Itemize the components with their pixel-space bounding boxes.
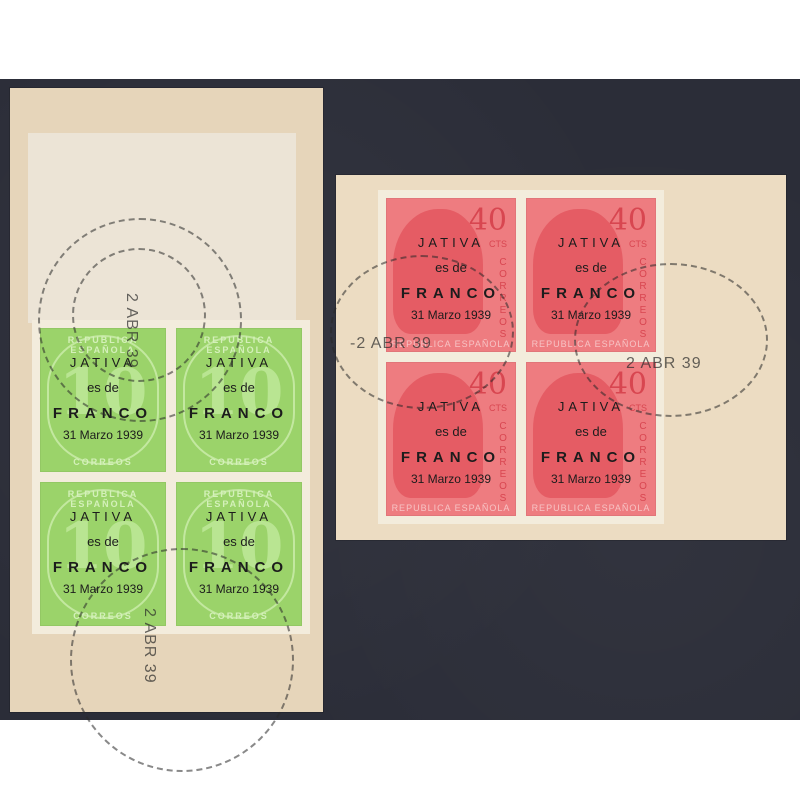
overprint-date: 31 Marzo 1939 [551,308,631,322]
stamp-value: 40 [469,203,507,238]
stamp-frame-top-text: REPUBLICA ESPAÑOLA [41,335,165,355]
overprint-name: FRANCO [189,559,289,576]
overprint-name: FRANCO [401,449,501,466]
stamp-frame-bottom-text: CORREOS [177,611,301,621]
overprint-es-de: es de [223,534,255,549]
overprint-name: FRANCO [541,449,641,466]
right-paper-piece: 40 CTS CORREOS REPUBLICA ESPAÑOLA JATIVA… [336,175,786,540]
stamp-frame-top-text: REPUBLICA ESPAÑOLA [177,489,301,509]
left-paper-piece: REPUBLICA ESPAÑOLA 10 CORREOS JATIVA es … [10,88,323,712]
red-stamp: 40 CTS CORREOS REPUBLICA ESPAÑOLA JATIVA… [526,362,656,516]
overprint: JATIVA es de FRANCO 31 Marzo 1939 [541,235,641,322]
overprint-es-de: es de [435,260,467,275]
overprint: JATIVA es de FRANCO 31 Marzo 1939 [401,399,501,486]
overprint-date: 31 Marzo 1939 [199,582,279,596]
stamp-frame-top-text: REPUBLICA ESPAÑOLA [41,489,165,509]
overprint-es-de: es de [87,534,119,549]
postmark-date: 2 ABR 39 [626,355,702,373]
overprint-name: FRANCO [541,285,641,302]
overprint-town: JATIVA [418,235,484,250]
overprint-date: 31 Marzo 1939 [63,428,143,442]
stamp-value: 40 [609,203,647,238]
overprint: JATIVA es de FRANCO 31 Marzo 1939 [53,509,153,596]
postmark-date: 2 ABR 39 [122,293,140,369]
overprint: JATIVA es de FRANCO 31 Marzo 1939 [189,355,289,442]
stamp-frame-top-text: REPUBLICA ESPAÑOLA [177,335,301,355]
overprint-town: JATIVA [558,399,624,414]
green-stamp: REPUBLICA ESPAÑOLA 10 CORREOS JATIVA es … [40,482,166,626]
overprint-date: 31 Marzo 1939 [411,472,491,486]
stamp-frame-bottom-text: REPUBLICA ESPAÑOLA [527,339,655,349]
overprint-date: 31 Marzo 1939 [551,472,631,486]
postmark-date: 2 ABR 39 [140,608,158,684]
red-stamp: 40 CTS CORREOS REPUBLICA ESPAÑOLA JATIVA… [386,362,516,516]
overprint-town: JATIVA [558,235,624,250]
stamp-frame-bottom-text: CORREOS [177,457,301,467]
overprint-es-de: es de [575,424,607,439]
overprint-town: JATIVA [418,399,484,414]
overprint-date: 31 Marzo 1939 [63,582,143,596]
overprint-es-de: es de [575,260,607,275]
postmark-date: -2 ABR 39 [350,335,432,353]
overprint-name: FRANCO [53,405,153,422]
red-stamp-block: 40 CTS CORREOS REPUBLICA ESPAÑOLA JATIVA… [378,190,664,524]
overprint-es-de: es de [223,380,255,395]
green-stamp-block: REPUBLICA ESPAÑOLA 10 CORREOS JATIVA es … [32,320,310,634]
overprint: JATIVA es de FRANCO 31 Marzo 1939 [401,235,501,322]
stamp-value: 40 [469,367,507,402]
sheet-margin-selvage [28,133,296,323]
red-stamp: 40 CTS CORREOS REPUBLICA ESPAÑOLA JATIVA… [526,198,656,352]
stamp-frame-bottom-text: CORREOS [41,457,165,467]
overprint: JATIVA es de FRANCO 31 Marzo 1939 [541,399,641,486]
overprint-es-de: es de [87,380,119,395]
green-stamp: REPUBLICA ESPAÑOLA 10 CORREOS JATIVA es … [40,328,166,472]
overprint-name: FRANCO [189,405,289,422]
stamp-frame-bottom-text: REPUBLICA ESPAÑOLA [387,503,515,513]
overprint-es-de: es de [435,424,467,439]
overprint-date: 31 Marzo 1939 [411,308,491,322]
overprint: JATIVA es de FRANCO 31 Marzo 1939 [189,509,289,596]
overprint-town: JATIVA [206,509,272,524]
overprint-date: 31 Marzo 1939 [199,428,279,442]
green-stamp: REPUBLICA ESPAÑOLA 10 CORREOS JATIVA es … [176,482,302,626]
green-stamp: REPUBLICA ESPAÑOLA 10 CORREOS JATIVA es … [176,328,302,472]
overprint-town: JATIVA [70,509,136,524]
stamp-frame-bottom-text: REPUBLICA ESPAÑOLA [527,503,655,513]
overprint-name: FRANCO [53,559,153,576]
overprint-town: JATIVA [206,355,272,370]
red-stamp: 40 CTS CORREOS REPUBLICA ESPAÑOLA JATIVA… [386,198,516,352]
overprint-name: FRANCO [401,285,501,302]
